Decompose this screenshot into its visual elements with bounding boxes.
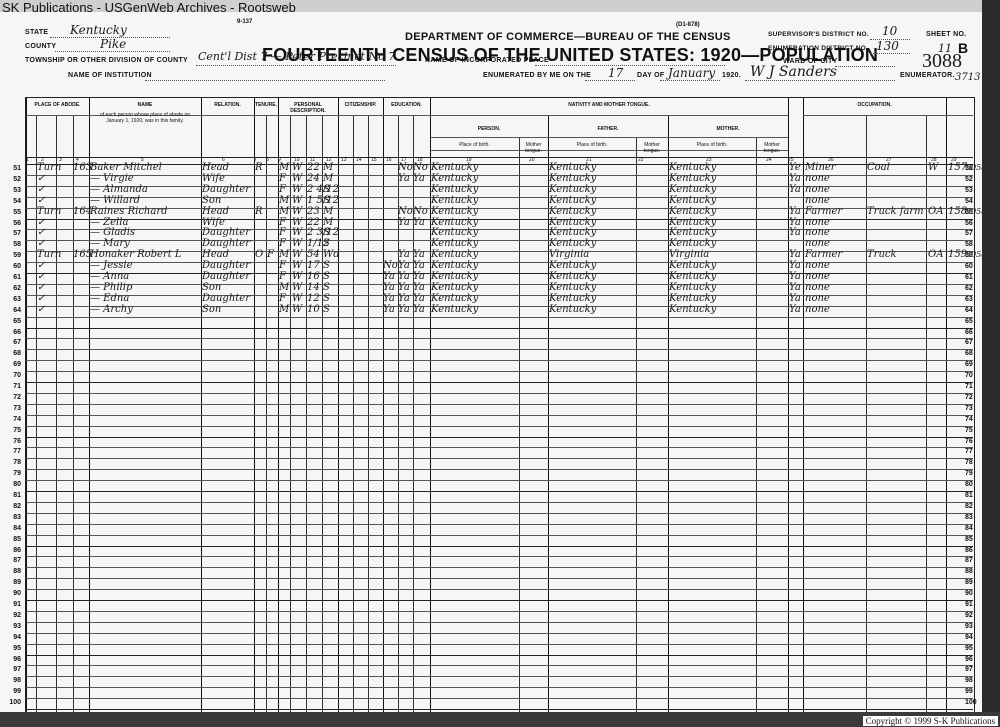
cell-english: Ya [789,304,801,315]
line-number: 69 [3,361,21,368]
cell-read: Ya [398,304,410,315]
cell-relation: Daughter [202,184,250,195]
line-number: 82 [3,503,21,510]
line-number-right: 80 [965,481,973,488]
cell-street: ✓ [37,227,45,238]
group-name: NAME [89,102,201,108]
cell-marital: M [323,206,333,217]
cell-relation: Daughter [202,238,250,249]
cell-father-birth: Kentucky [549,293,596,304]
cell-marital: S [323,227,330,238]
cell-relation: Son [202,195,221,206]
cell-write: Ya [413,293,425,304]
line-number-right: 77 [965,448,973,455]
group-personal-description: PERSONAL DESCRIPTION. [278,102,338,114]
cell-relation: Daughter [202,271,250,282]
cell-sex: M [279,249,289,260]
cell-english: Ya [789,217,801,228]
census-sheet: 9-137 DEPARTMENT OF COMMERCE—BUREAU OF T… [0,12,982,712]
cell-street: ✓ [37,238,45,249]
line-number-right: 70 [965,372,973,379]
cell-race: W [292,260,302,271]
cell-name: — Virgie [90,173,134,184]
line-number: 58 [3,241,21,248]
cell-street: ✓ [37,260,45,271]
cell-father-birth: Kentucky [549,184,596,195]
line-number-right: 83 [965,514,973,521]
cell-sex: F [279,260,286,271]
cell-name: — Gladis [90,227,135,238]
line-number: 65 [3,318,21,325]
column-number: 22 [638,157,644,164]
cell-race: W [292,304,302,315]
line-number-right: 88 [965,568,973,575]
column-number: 24 [766,157,772,164]
line-number-right: 58 [965,241,973,248]
cell-street: Turn [37,162,61,173]
cell-mother-birth: Kentucky [669,260,716,271]
cell-birth: Kentucky [431,184,478,195]
department-title: DEPARTMENT OF COMMERCE—BUREAU OF THE CEN… [405,31,731,43]
enumeration-year: 1920. [722,72,741,79]
cell-relation: Wife [202,173,225,184]
cell-name: — Philip [90,282,132,293]
cell-name: — Archy [90,304,133,315]
cell-trade: Miner [805,162,836,173]
cell-birth: Kentucky [431,249,478,260]
mother-place-of-birth-header: Place of birth. [668,142,756,148]
cell-birth: Kentucky [431,282,478,293]
cell-write: Ya [413,217,425,228]
column-number: 1 [26,157,29,164]
cell-father-birth: Kentucky [549,217,596,228]
cell-english: Ya [789,173,801,184]
cell-marital: M [323,173,333,184]
cell-birth: Kentucky [431,217,478,228]
person-mother-tongue-header: Mother tongue. [519,142,548,154]
cell-relation: Son [202,304,221,315]
enumeration-month: January [668,66,715,80]
cell-father-birth: Kentucky [549,162,596,173]
cell-class: W [928,162,938,173]
line-number: 92 [3,612,21,619]
cell-trade: Farmer [805,249,842,260]
line-number: 95 [3,645,21,652]
cell-trade: none [805,282,830,293]
line-number-right: 91 [965,601,973,608]
cell-name: Raines Richard [90,206,168,217]
column-number: 13 [341,157,347,164]
group-mother: MOTHER. [668,126,788,132]
cell-birth: Kentucky [431,304,478,315]
cell-sex: M [279,282,289,293]
cell-mother-birth: Kentucky [669,184,716,195]
cell-read: Ya [398,173,410,184]
line-number: 90 [3,590,21,597]
line-number: 59 [3,252,21,259]
cell-english: Ya [789,260,801,271]
cell-trade: none [805,195,830,206]
line-number-right: 72 [965,394,973,401]
cell-industry: Coal [867,162,890,173]
line-number-right: 95 [965,645,973,652]
cell-school: Ya [383,282,395,293]
cell-name: — Zella [90,217,128,228]
cell-sex: F [279,238,286,249]
cell-sex: F [279,227,286,238]
cell-birth: Kentucky [431,293,478,304]
cell-birth: Kentucky [431,162,478,173]
cell-marital: Wd [323,249,340,260]
cell-english: Ya [789,184,801,195]
cell-relation: Wife [202,217,225,228]
cell-marital: M [323,217,333,228]
cell-relation: Daughter [202,227,250,238]
cell-birth: Kentucky [431,206,478,217]
cell-sex: M [279,195,289,206]
cell-race: W [292,206,302,217]
cell-write: Ya [413,260,425,271]
cell-own: R [255,206,263,217]
cell-street: ✓ [37,195,45,206]
cell-birth: Kentucky [431,238,478,249]
line-number-right: 61 [965,274,973,281]
cell-mother-birth: Kentucky [669,206,716,217]
cell-sex: M [279,162,289,173]
cell-street: ✓ [37,282,45,293]
cell-read: No [398,162,413,173]
stamp-number: 3088 [922,50,962,73]
line-number-right: 81 [965,492,973,499]
cell-mother-birth: Kentucky [669,304,716,315]
cell-trade: none [805,227,830,238]
cell-own: R [255,162,263,173]
cell-mother-birth: Virginia [669,249,709,260]
cell-mother-birth: Kentucky [669,293,716,304]
scan-edge-bottom: Copyright © 1999 S-K Publications [0,712,1000,727]
line-number-right: 71 [965,383,973,390]
supervisor-district-value: 10 [882,24,897,38]
cell-race: W [292,249,302,260]
cell-trade: none [805,238,830,249]
cell-name: — Almanda [90,184,148,195]
cell-school: Ya [383,271,395,282]
line-number: 57 [3,230,21,237]
cell-father-birth: Kentucky [549,260,596,271]
line-number: 83 [3,514,21,521]
line-number-right: 93 [965,623,973,630]
cell-mother-birth: Kentucky [669,217,716,228]
line-number: 66 [3,329,21,336]
cell-race: W [292,293,302,304]
cell-birth: Kentucky [431,227,478,238]
cell-father-birth: Virginia [549,249,589,260]
cell-race: W [292,227,302,238]
cell-relation: Head [202,162,229,173]
line-number: 89 [3,579,21,586]
line-number: 96 [3,656,21,663]
line-number: 61 [3,274,21,281]
cell-age: 16 [307,271,320,282]
form-code: (D1-878) [676,22,700,28]
cell-marital: S [323,271,330,282]
line-number: 77 [3,448,21,455]
township-label: Township or other division of county [25,57,188,64]
cell-read: Ya [398,260,410,271]
cell-read: Ya [398,282,410,293]
enumeration-district-label: Enumeration District No. [768,45,868,52]
cell-read: Ya [398,217,410,228]
line-number-right: 62 [965,285,973,292]
cell-english: Ye [789,162,801,173]
line-number: 75 [3,427,21,434]
line-number-right: 65 [965,318,973,325]
cell-school: Ya [383,293,395,304]
line-number: 56 [3,220,21,227]
cell-free: F [267,249,274,260]
line-number-right: 100 [965,699,977,706]
census-table: PLACE OF ABODE. NAME of each person whos… [25,97,975,717]
enumeration-day: 17 [608,66,623,80]
cell-father-birth: Kentucky [549,195,596,206]
cell-marital: M [323,162,333,173]
cell-birth: Kentucky [431,173,478,184]
cell-age: 24 [307,173,320,184]
cell-age: 14 [307,282,320,293]
cell-birth: Kentucky [431,260,478,271]
cell-father-birth: Kentucky [549,173,596,184]
line-number: 91 [3,601,21,608]
line-number: 97 [3,666,21,673]
line-number: 62 [3,285,21,292]
line-number: 93 [3,623,21,630]
line-number: 100 [3,699,21,706]
group-person: PERSON. [430,126,548,132]
father-place-of-birth-header: Place of birth. [548,142,636,148]
cell-write: Ya [413,173,425,184]
line-number-right: 98 [965,677,973,684]
column-number: 8 [266,157,269,164]
group-education: EDUCATION. [383,102,430,108]
cell-race: W [292,184,302,195]
township-value: Cent'l Dist 7 — Peter Precinct No 7 [198,50,395,63]
cell-trade: none [805,184,830,195]
cell-sex: F [279,217,286,228]
line-number: 63 [3,296,21,303]
institution-label: Name of Institution [68,72,152,79]
cell-street: Turn [37,249,61,260]
cell-street: ✓ [37,304,45,315]
cell-english: Ya [789,271,801,282]
cell-trade: none [805,293,830,304]
line-number-right: 85 [965,536,973,543]
line-number: 52 [3,176,21,183]
line-number: 85 [3,536,21,543]
name-description: of each person whose place of abode on J… [91,112,199,124]
cell-mother-birth: Kentucky [669,227,716,238]
cell-mother-birth: Kentucky [669,162,716,173]
line-number: 73 [3,405,21,412]
cell-mother-birth: Kentucky [669,282,716,293]
line-number: 55 [3,209,21,216]
cell-birth: Kentucky [431,195,478,206]
line-number-right: 74 [965,416,973,423]
cell-write: No [413,206,428,217]
line-number: 94 [3,634,21,641]
line-number-right: 82 [965,503,973,510]
cell-name: — Willard [90,195,140,206]
cell-sex: F [279,184,286,195]
sheet-label: Sheet No. [926,31,966,38]
line-number-right: 52 [965,176,973,183]
cell-trade: none [805,217,830,228]
cell-father-birth: Kentucky [549,304,596,315]
line-number-right: 76 [965,438,973,445]
cell-name: — Mary [90,238,130,249]
cell-street: ✓ [37,184,45,195]
line-number-right: 79 [965,470,973,477]
column-number: 14 [356,157,362,164]
cell-english: Ya [789,293,801,304]
cell-birth: Kentucky [431,271,478,282]
line-number: 60 [3,263,21,270]
cell-farm: 157 [948,162,967,173]
line-number-right: 75 [965,427,973,434]
cell-marital: S [323,184,330,195]
cell-sex: F [279,271,286,282]
cell-school: No [383,260,398,271]
cell-father-birth: Kentucky [549,271,596,282]
cell-race: W [292,217,302,228]
cell-read: Ya [398,271,410,282]
cell-trade: none [805,260,830,271]
cell-write: Ya [413,271,425,282]
cell-farm: 158 [948,206,967,217]
cell-english: Ya [789,227,801,238]
cell-name: — Jessie [90,260,133,271]
scan-edge-right [982,0,1000,727]
line-number: 87 [3,557,21,564]
cell-sex: M [279,304,289,315]
cell-race: W [292,282,302,293]
enumerated-label: Enumerated by me on the [483,72,591,79]
line-number-right: 97 [965,666,973,673]
line-number-right: 56 [965,220,973,227]
cell-trade: none [805,173,830,184]
line-number-right: 84 [965,525,973,532]
cell-age: 12 [307,293,320,304]
line-number-right: 86 [965,547,973,554]
cell-english: Ya [789,249,801,260]
line-number: 72 [3,394,21,401]
cell-relation: Head [202,249,229,260]
cell-age: 23 [307,206,320,217]
line-number-right: 53 [965,187,973,194]
cell-father-birth: Kentucky [549,206,596,217]
cell-race: W [292,173,302,184]
cell-mother-birth: Kentucky [669,271,716,282]
line-number-right: 60 [965,263,973,270]
state-label: State [25,29,48,36]
cell-relation: Daughter [202,260,250,271]
county-value: Pike [100,37,126,51]
line-number-right: 87 [965,557,973,564]
cell-english: Ya [789,282,801,293]
cell-sex: F [279,173,286,184]
column-number: 20 [529,157,535,164]
line-number: 81 [3,492,21,499]
line-number-right: 99 [965,688,973,695]
column-number: 16 [386,157,392,164]
line-number-right: 54 [965,198,973,205]
line-number: 86 [3,547,21,554]
line-number-right: 68 [965,350,973,357]
cell-mother-birth: Kentucky [669,173,716,184]
cell-name: — Anna [90,271,129,282]
cell-write: Ya [413,304,425,315]
line-number-right: 78 [965,459,973,466]
cell-relation: Son [202,282,221,293]
cell-race: W [292,162,302,173]
line-number: 51 [3,165,21,172]
cell-name: Honaker Robert L [90,249,182,260]
line-number-right: 96 [965,656,973,663]
line-number: 79 [3,470,21,477]
line-number: 78 [3,459,21,466]
cell-age: 22 [307,162,320,173]
cell-trade: none [805,271,830,282]
cell-trade: none [805,304,830,315]
cell-marital: S [323,293,330,304]
cell-street: ✓ [37,293,45,304]
line-number-right: 66 [965,329,973,336]
cell-mother-birth: Kentucky [669,195,716,206]
line-number-right: 69 [965,361,973,368]
enumeration-district-value: 130 [876,39,899,53]
cell-class: OA [928,249,943,260]
cell-write: Ya [413,282,425,293]
line-number: 98 [3,677,21,684]
cell-race: W [292,238,302,249]
cell-industry: Truck [867,249,897,260]
line-number-right: 63 [965,296,973,303]
cell-age: 17 [307,260,320,271]
cell-farm: 159 [948,249,967,260]
margin-note: 3713 [955,72,980,83]
cell-age: 54 [307,249,320,260]
mother-mother-tongue-header: Mother tongue. [756,142,788,154]
cell-street: ✓ [37,217,45,228]
line-number: 70 [3,372,21,379]
cell-marital: S [323,195,330,206]
group-nativity: NATIVITY AND MOTHER TONGUE. [430,102,788,108]
line-number: 68 [3,350,21,357]
line-number: 54 [3,198,21,205]
cell-read: Ya [398,249,410,260]
cell-sex: M [279,206,289,217]
line-number: 84 [3,525,21,532]
cell-relation: Daughter [202,293,250,304]
line-number-right: 92 [965,612,973,619]
cell-father-birth: Kentucky [549,227,596,238]
cell-class: OA [928,206,943,217]
cell-mother-birth: Kentucky [669,238,716,249]
line-number: 80 [3,481,21,488]
cell-sex: F [279,293,286,304]
line-number-right: 90 [965,590,973,597]
ward-label: Ward of city [783,58,838,65]
cell-street: Turn [37,206,61,217]
